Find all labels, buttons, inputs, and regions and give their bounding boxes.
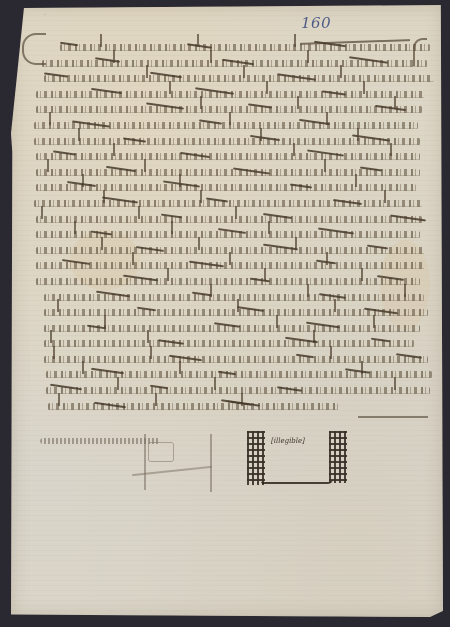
manuscript-line: [illegible handwriting]	[32, 180, 432, 196]
letter-ascender	[243, 65, 245, 78]
handwriting-ink	[36, 216, 422, 223]
letter-ascender	[276, 315, 278, 328]
signature: [illegible signature]	[40, 434, 220, 494]
signature-scribble	[40, 438, 160, 444]
letter-ascender	[394, 96, 396, 109]
letter-ascender	[144, 159, 146, 172]
manuscript-line: [illegible handwriting]	[32, 383, 432, 399]
letter-ascender	[326, 252, 328, 265]
date-line-flourish	[358, 416, 428, 418]
handwriting-ink	[46, 371, 432, 378]
letter-ascender	[307, 50, 309, 63]
letter-ascender	[155, 393, 157, 406]
letter-ascender	[100, 34, 102, 47]
manuscript-line-text: [illegible handwriting]	[32, 258, 33, 259]
letter-ascender	[355, 174, 357, 187]
letter-ascender	[82, 361, 84, 374]
manuscript-line: [illegible handwriting]	[32, 56, 432, 72]
letter-ascender	[340, 65, 342, 78]
letter-ascender	[294, 34, 296, 47]
manuscript-body: [illegible handwriting][illegible handwr…	[32, 40, 432, 414]
manuscript-line-text: [illegible date line]	[32, 399, 33, 400]
manuscript-line-text: [illegible handwriting]	[32, 149, 33, 150]
letter-ascender	[197, 34, 199, 47]
manuscript-line: [illegible date line]	[32, 399, 432, 415]
letter-ascender	[334, 299, 336, 312]
letter-ascender	[167, 268, 169, 281]
letter-ascender	[101, 237, 103, 250]
notary-base-stroke	[261, 479, 333, 484]
letter-ascender	[200, 96, 202, 109]
signature-stroke	[144, 434, 146, 490]
handwriting-ink	[44, 340, 414, 347]
notary-tower-left	[247, 431, 265, 485]
manuscript-line: [illegible handwriting]	[32, 258, 432, 274]
letter-ascender	[41, 206, 43, 219]
letter-ascender	[210, 284, 212, 297]
notary-inner-text: [illegible]	[271, 438, 305, 445]
letter-ascender	[74, 221, 76, 234]
letter-ascender	[57, 299, 59, 312]
letter-ascender	[49, 112, 51, 125]
manuscript-line: [illegible handwriting]	[32, 118, 432, 134]
manuscript-line: [illegible handwriting]	[32, 40, 432, 56]
manuscript-line: [illegible handwriting]	[32, 243, 432, 259]
manuscript-line-text: [illegible handwriting]	[32, 290, 33, 291]
letter-ascender	[363, 81, 365, 94]
manuscript-line-text: [illegible handwriting]	[32, 383, 33, 384]
letter-ascender	[78, 128, 80, 141]
letter-ascender	[53, 346, 55, 359]
letter-ascender	[307, 284, 309, 297]
letter-ascender	[297, 96, 299, 109]
manuscript-line: [illegible handwriting]	[32, 227, 432, 243]
letter-ascender	[394, 377, 396, 390]
letter-ascender	[390, 143, 392, 156]
manuscript-line: [illegible handwriting]	[32, 321, 432, 337]
manuscript-line-text: [illegible handwriting]	[32, 180, 33, 181]
handwriting-ink	[48, 403, 338, 410]
letter-ascender	[229, 112, 231, 125]
manuscript-line: [illegible handwriting]	[32, 87, 432, 103]
handwriting-ink	[60, 44, 430, 51]
signature-loop	[148, 442, 174, 462]
letter-ascender	[50, 330, 52, 343]
letter-ascender	[113, 143, 115, 156]
letter-ascender	[58, 393, 60, 406]
manuscript-line-text: [illegible handwriting]	[32, 336, 33, 337]
manuscript-line-text: [illegible handwriting]	[32, 212, 33, 213]
manuscript-line-text: [illegible handwriting]	[32, 227, 33, 228]
letter-ascender	[295, 237, 297, 250]
manuscript-line-text: [illegible handwriting]	[32, 71, 33, 72]
letter-ascender	[214, 377, 216, 390]
letter-ascender	[169, 81, 171, 94]
manuscript-line-text: [illegible handwriting]	[32, 367, 33, 368]
letter-ascender	[146, 65, 148, 78]
manuscript-line-text: [illegible handwriting]	[32, 305, 33, 306]
manuscript-line: [illegible handwriting]	[32, 102, 432, 118]
letter-ascender	[326, 112, 328, 125]
manuscript-line: [illegible handwriting]	[32, 305, 432, 321]
handwriting-ink	[36, 169, 420, 176]
manuscript-line: [illegible handwriting]	[32, 290, 432, 306]
manuscript-line: [illegible handwriting]	[32, 336, 432, 352]
manuscript-line: [illegible handwriting]	[32, 274, 432, 290]
letter-ascender	[373, 315, 375, 328]
letter-ascender	[264, 268, 266, 281]
manuscript-line-text: [illegible handwriting]	[32, 40, 33, 41]
manuscript-line-text: [illegible handwriting]	[32, 87, 33, 88]
letter-ascender	[198, 237, 200, 250]
letter-ascender	[268, 221, 270, 234]
manuscript-line: [illegible handwriting]	[32, 367, 432, 383]
handwriting-ink	[44, 294, 424, 301]
manuscript-line: [illegible handwriting]	[32, 71, 432, 87]
letter-ascender	[293, 143, 295, 156]
manuscript-line-text: [illegible handwriting]	[32, 243, 33, 244]
manuscript-line: [illegible handwriting]	[32, 352, 432, 368]
letter-ascender	[104, 315, 106, 328]
manuscript-line: [illegible handwriting]	[32, 149, 432, 165]
letter-ascender	[361, 268, 363, 281]
letter-ascender	[404, 284, 406, 297]
handwriting-ink	[34, 138, 420, 145]
letter-ascender	[210, 50, 212, 63]
letter-ascender	[384, 190, 386, 203]
handwriting-ink	[46, 387, 430, 394]
notarial-sign: [illegible]	[243, 429, 355, 489]
folio-number: 160	[301, 14, 331, 32]
manuscript-line-text: [illegible handwriting]	[32, 165, 33, 166]
letter-ascender	[324, 159, 326, 172]
handwriting-ink	[44, 75, 434, 82]
handwriting-ink	[34, 200, 422, 207]
manuscript-line: [illegible handwriting]	[32, 212, 432, 228]
letter-ascender	[200, 190, 202, 203]
letter-ascender	[266, 81, 268, 94]
letter-ascender	[229, 252, 231, 265]
letter-ascender	[138, 206, 140, 219]
signature-stroke	[210, 434, 212, 492]
letter-ascender	[237, 299, 239, 312]
manuscript-line-text: [illegible handwriting]	[32, 352, 33, 353]
letter-ascender	[113, 50, 115, 63]
manuscript-line-text: [illegible handwriting]	[32, 56, 33, 57]
letter-ascender	[171, 221, 173, 234]
handwriting-ink	[36, 153, 420, 160]
manuscript-line: [illegible handwriting]	[32, 165, 432, 181]
manuscript-line-text: [illegible handwriting]	[32, 134, 33, 135]
manuscript-line: [illegible handwriting]	[32, 196, 432, 212]
manuscript-line-text: [illegible handwriting]	[32, 321, 33, 322]
handwriting-ink	[44, 356, 428, 363]
manuscript-line-text: [illegible handwriting]	[32, 102, 33, 103]
letter-ascender	[235, 206, 237, 219]
manuscript-line: [illegible handwriting]	[32, 134, 432, 150]
letter-ascender	[357, 128, 359, 141]
letter-ascender	[147, 330, 149, 343]
letter-ascender	[150, 346, 152, 359]
letter-ascender	[132, 252, 134, 265]
letter-ascender	[179, 174, 181, 187]
manuscript-line-text: [illegible handwriting]	[32, 196, 33, 197]
manuscript-line-text: [illegible handwriting]	[32, 118, 33, 119]
letter-ascender	[117, 377, 119, 390]
document-scan: . 160 [illegible handwriting][illegible …	[0, 0, 450, 627]
letter-ascender	[47, 159, 49, 172]
notary-tower-right	[329, 431, 347, 483]
letter-ascender	[179, 361, 181, 374]
letter-ascender	[330, 346, 332, 359]
corner-mark: .	[44, 10, 46, 17]
manuscript-line-text: [illegible handwriting]	[32, 274, 33, 275]
